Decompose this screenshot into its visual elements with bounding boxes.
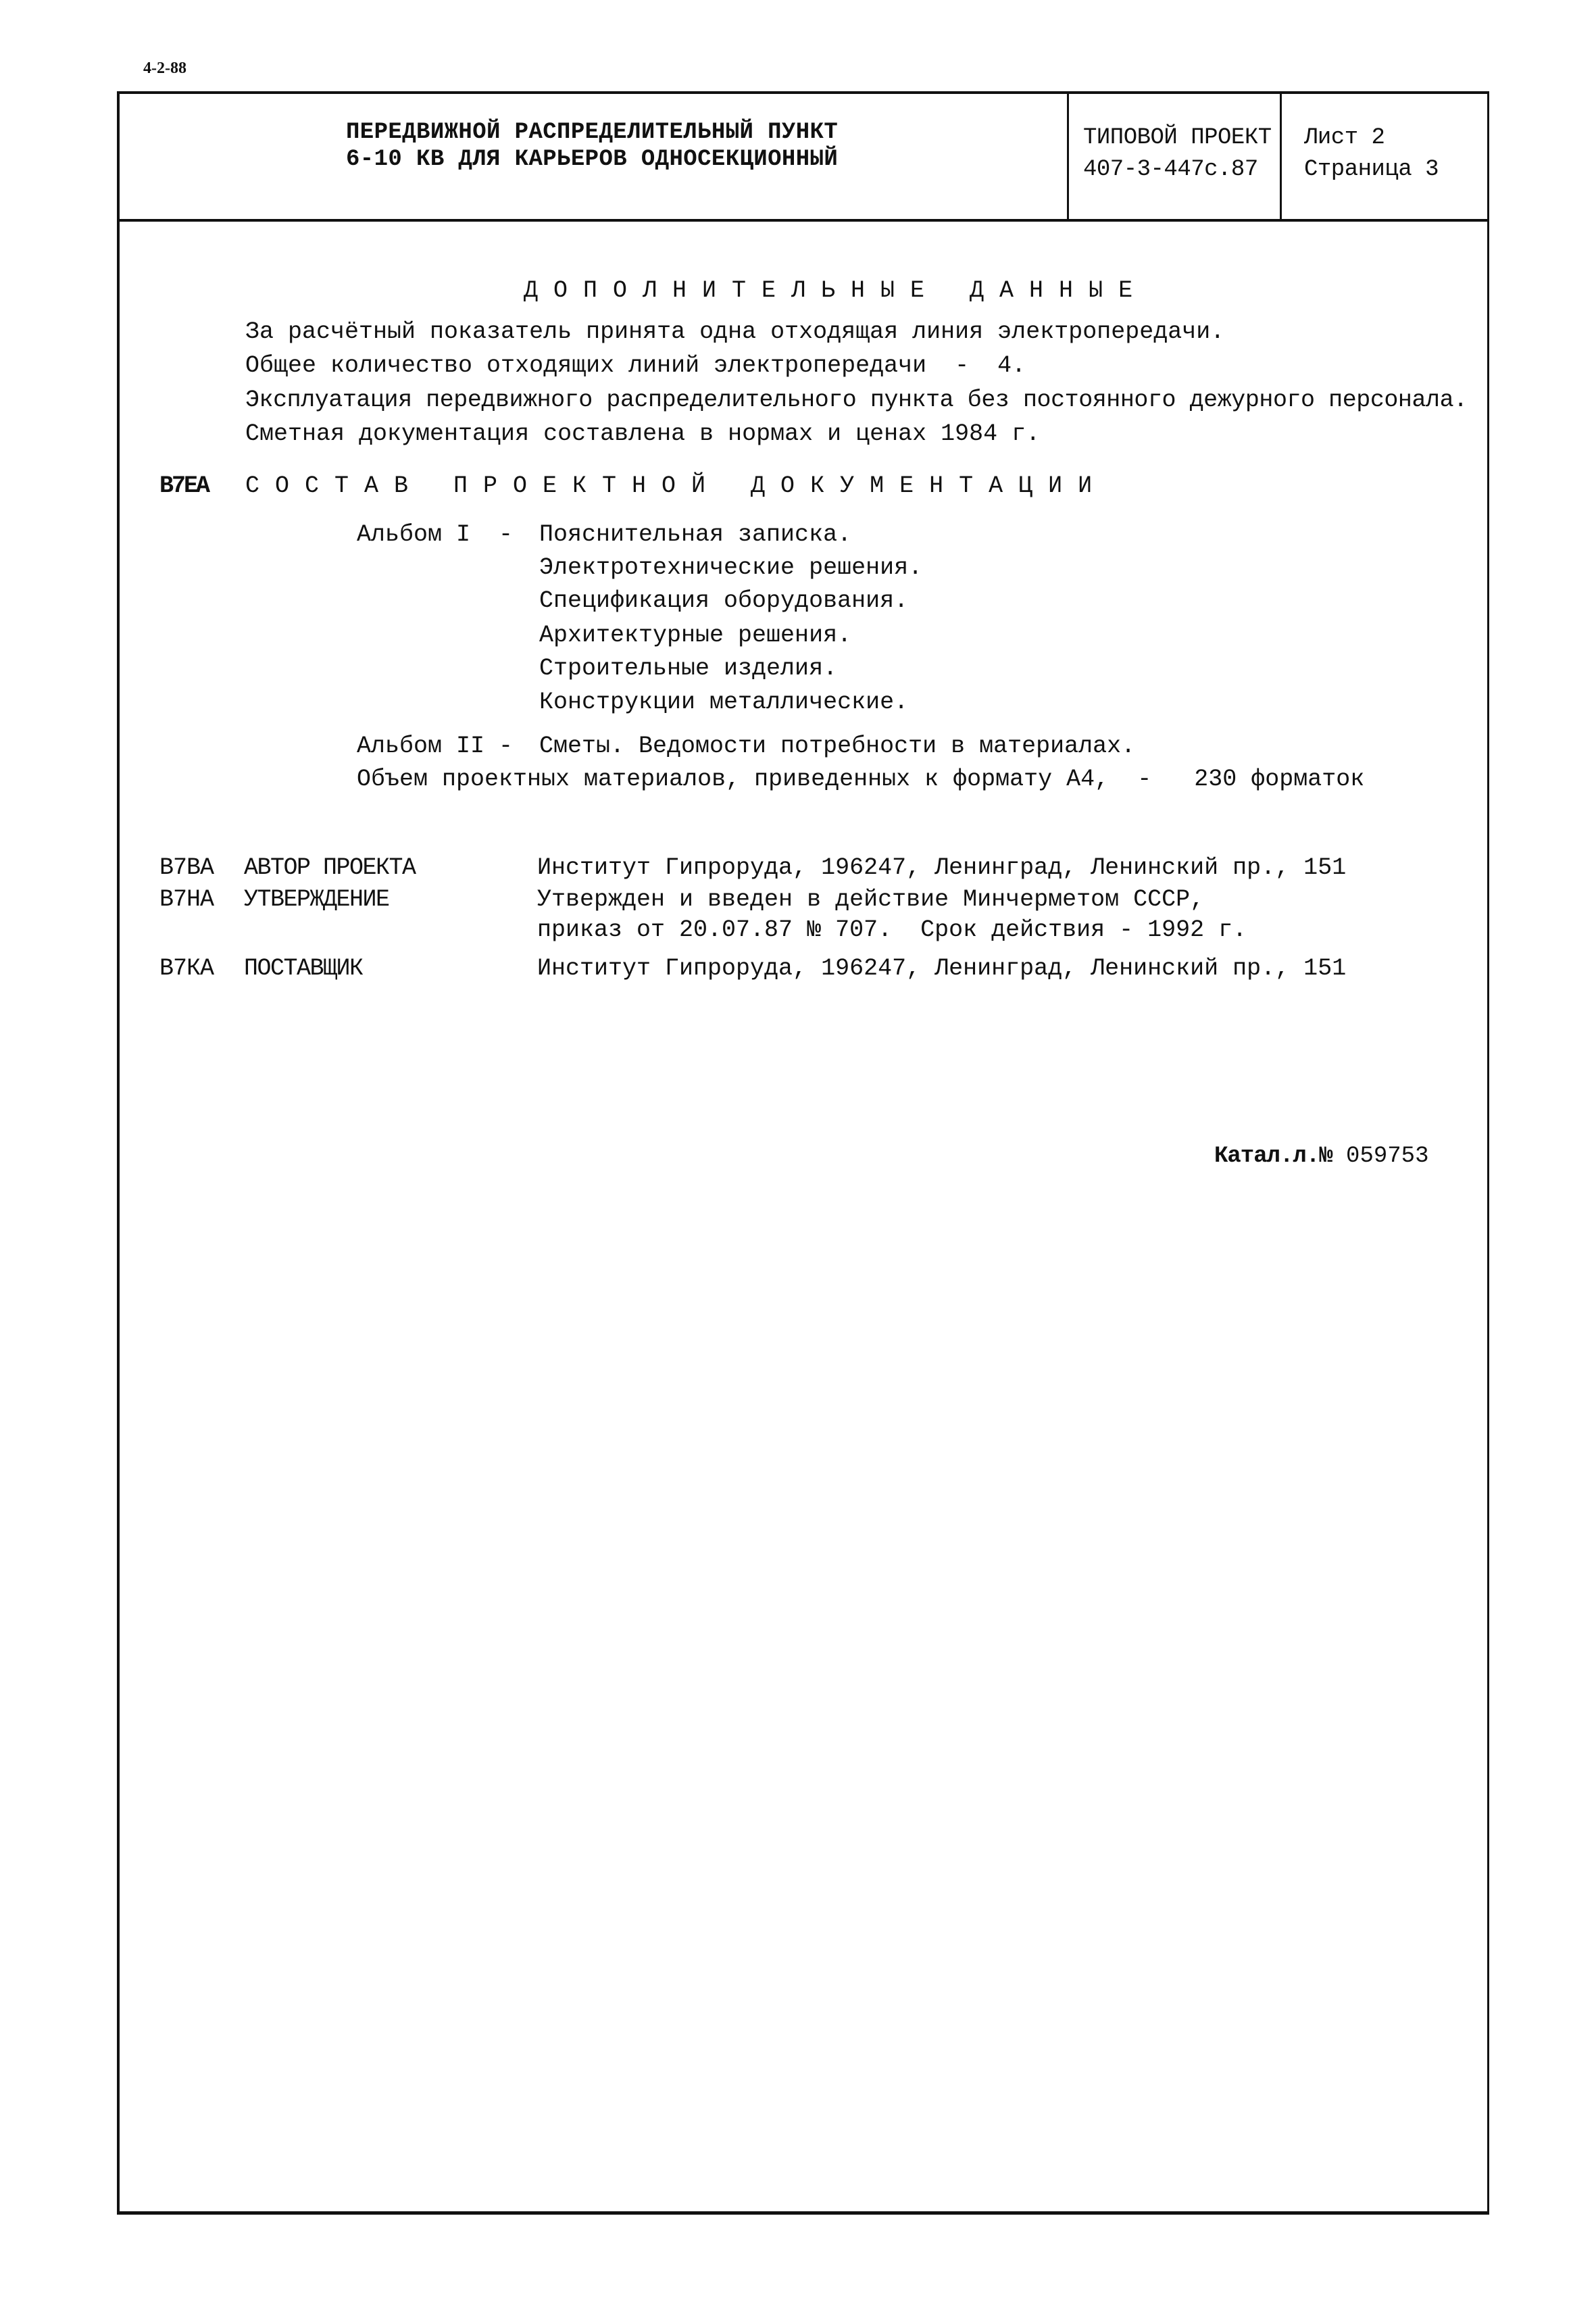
list-item: Конструкции металлические. [539, 689, 908, 716]
project-type: ТИПОВОЙ ПРОЕКТ [1083, 124, 1272, 151]
sheet-number: Лист 2 [1304, 124, 1385, 151]
album-dash: - [499, 733, 513, 760]
album-dash: - [499, 521, 513, 548]
record-code: В7НА [159, 886, 214, 913]
catalog-value: 059753 [1346, 1143, 1428, 1169]
list-item: Пояснительная записка. [539, 521, 851, 548]
record-label: УТВЕРЖДЕНИЕ [244, 886, 389, 913]
record-value: Утвержден и введен в действие Минчермето… [537, 886, 1204, 913]
document-title-line1: ПЕРЕДВИЖНОЙ РАСПРЕДЕЛИТЕЛЬНЫЙ ПУНКТ [346, 119, 838, 146]
record-code: В7ВА [159, 854, 214, 881]
list-item: Архитектурные решения. [539, 622, 851, 649]
header-column-divider [1280, 91, 1282, 220]
project-code: 407-3-447с.87 [1083, 156, 1258, 183]
record-value: Институт Гипроруда, 196247, Ленинград, Л… [537, 854, 1346, 881]
paragraph: Сметная документация составлена в нормах… [245, 420, 1040, 447]
paragraph: Общее количество отходящих линий электро… [245, 352, 1026, 379]
page-number: Страница 3 [1304, 156, 1439, 183]
document-title-line2: 6-10 КВ ДЛЯ КАРЬЕРОВ ОДНОСЕКЦИОННЫЙ [346, 146, 838, 173]
list-item: Сметы. Ведомости потребности в материала… [539, 733, 1135, 760]
section-heading: СОСТАВ ПРОЕКТНОЙ ДОКУМЕНТАЦИИ [245, 472, 1107, 499]
header-divider [117, 219, 1489, 222]
record-label: АВТОР ПРОЕКТА [244, 854, 416, 881]
section-code: В7ЕА [159, 472, 208, 499]
catalog-number: Катал.л.№ 059753 [1214, 1143, 1428, 1170]
record-value: Институт Гипроруда, 196247, Ленинград, Л… [537, 955, 1346, 982]
document-stamp: 4-2-88 [143, 59, 186, 78]
section-heading: ДОПОЛНИТЕЛЬНЫЕ ДАННЫЕ [524, 277, 1148, 304]
record-code: В7КА [159, 955, 214, 982]
album-label: Альбом II [357, 733, 484, 760]
paragraph: Эксплуатация передвижного распределитель… [245, 387, 1468, 414]
header-column-divider [1067, 91, 1069, 220]
paragraph: За расчётный показатель принята одна отх… [245, 318, 1224, 345]
record-label: ПОСТАВЩИК [244, 955, 363, 982]
list-item: Электротехнические решения. [539, 554, 922, 581]
catalog-label: Катал.л.№ [1214, 1143, 1332, 1169]
album-label: Альбом I [357, 521, 470, 548]
list-item: Спецификация оборудования. [539, 587, 908, 614]
record-value: приказ от 20.07.87 № 707. Срок действия … [537, 916, 1247, 943]
list-item: Строительные изделия. [539, 655, 837, 682]
volume-statement: Объем проектных материалов, приведенных … [357, 766, 1364, 793]
